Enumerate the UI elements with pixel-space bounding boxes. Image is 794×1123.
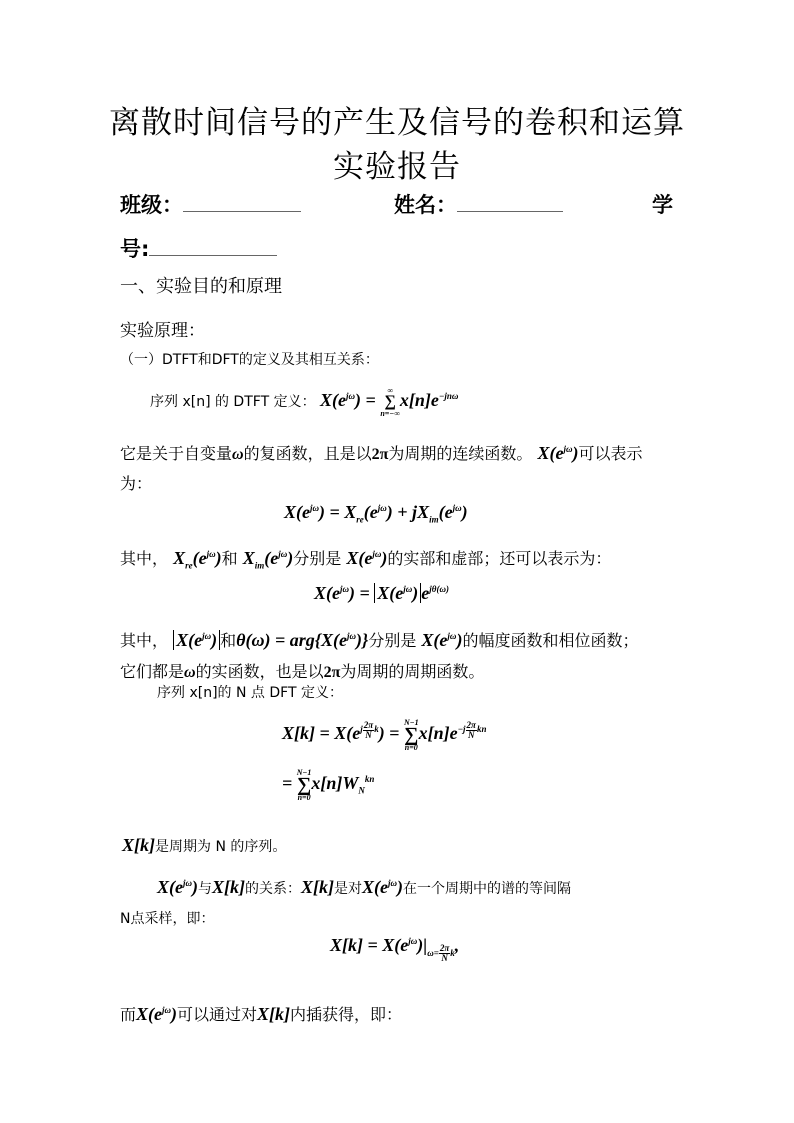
- paragraph-4: 它们都是ω的实函数，也是以2π为周期的周期函数。: [120, 659, 484, 682]
- dtft-definition-line: 序列 x[n] 的 DTFT 定义： X(ejω) = ∞∑n=−∞x[n]e−…: [150, 386, 458, 418]
- student-id-label-part1: 学: [652, 189, 673, 219]
- name-field: 姓名：: [394, 189, 563, 219]
- subsection-heading: （一）DTFT和DFT的定义及其相互关系：: [120, 349, 379, 369]
- equation-real-imag: X(ejω) = Xre(ejω) + jXim(ejω): [284, 502, 468, 523]
- class-label: 班级：: [120, 193, 183, 217]
- paragraph-6-line1: X(ejω)与X[k]的关系：X[k]是对X(ejω)在一个周期中的谱的等间隔: [157, 877, 571, 898]
- sampling-equation: X[k] = X(ejω)|ω=2πNk,: [330, 935, 459, 963]
- dft-formula-line2: = N−1∑n=0x[n]WNkn: [282, 768, 374, 802]
- class-blank-line[interactable]: [183, 210, 301, 212]
- paragraph-7: 而X(ejω)可以通过对X[k]内插获得，即：: [120, 1002, 402, 1025]
- name-blank-line[interactable]: [457, 210, 563, 212]
- class-field: 班级：: [120, 189, 301, 219]
- student-id-field: 号:: [120, 233, 277, 263]
- principle-label: 实验原理：: [120, 316, 205, 341]
- dtft-formula: X(ejω) = ∞∑n=−∞x[n]e−jnω: [320, 390, 458, 410]
- section-heading: 一、实验目的和原理: [120, 272, 282, 298]
- document-title-line2: 实验报告: [0, 141, 794, 186]
- name-label: 姓名：: [394, 193, 457, 217]
- paragraph-3: 其中， X(ejω)和θ(ω) = arg{X(ejω)}分别是 X(ejω)的…: [120, 628, 638, 651]
- student-id-label-part2: 号:: [120, 237, 149, 261]
- paragraph-6-line2: N点采样，即：: [120, 908, 214, 928]
- paragraph-1-line1: 它是关于自变量ω的复函数，且是以2π为周期的连续函数。 X(ejω)可以表示: [120, 441, 643, 464]
- dft-definition-text: 序列 x[n]的 N 点 DFT 定义：: [157, 682, 343, 702]
- paragraph-1-line2: 为：: [120, 471, 152, 494]
- dtft-def-text: 序列 x[n] 的 DTFT 定义：: [150, 394, 316, 410]
- student-id-blank-line[interactable]: [149, 254, 277, 256]
- paragraph-5: X[k]是周期为 N 的序列。: [122, 835, 286, 856]
- equation-magnitude-phase: X(ejω) = X(ejω)ejθ(ω): [314, 583, 449, 604]
- dft-formula-line1: X[k] = X(ej2πNk) = N−1∑n=0x[n]e−j2πNkn: [282, 718, 486, 752]
- paragraph-2: 其中， Xre(ejω)和 Xim(ejω)分别是 X(ejω)的实部和虚部；还…: [120, 546, 611, 569]
- document-title-line1: 离散时间信号的产生及信号的卷积和运算: [0, 97, 794, 142]
